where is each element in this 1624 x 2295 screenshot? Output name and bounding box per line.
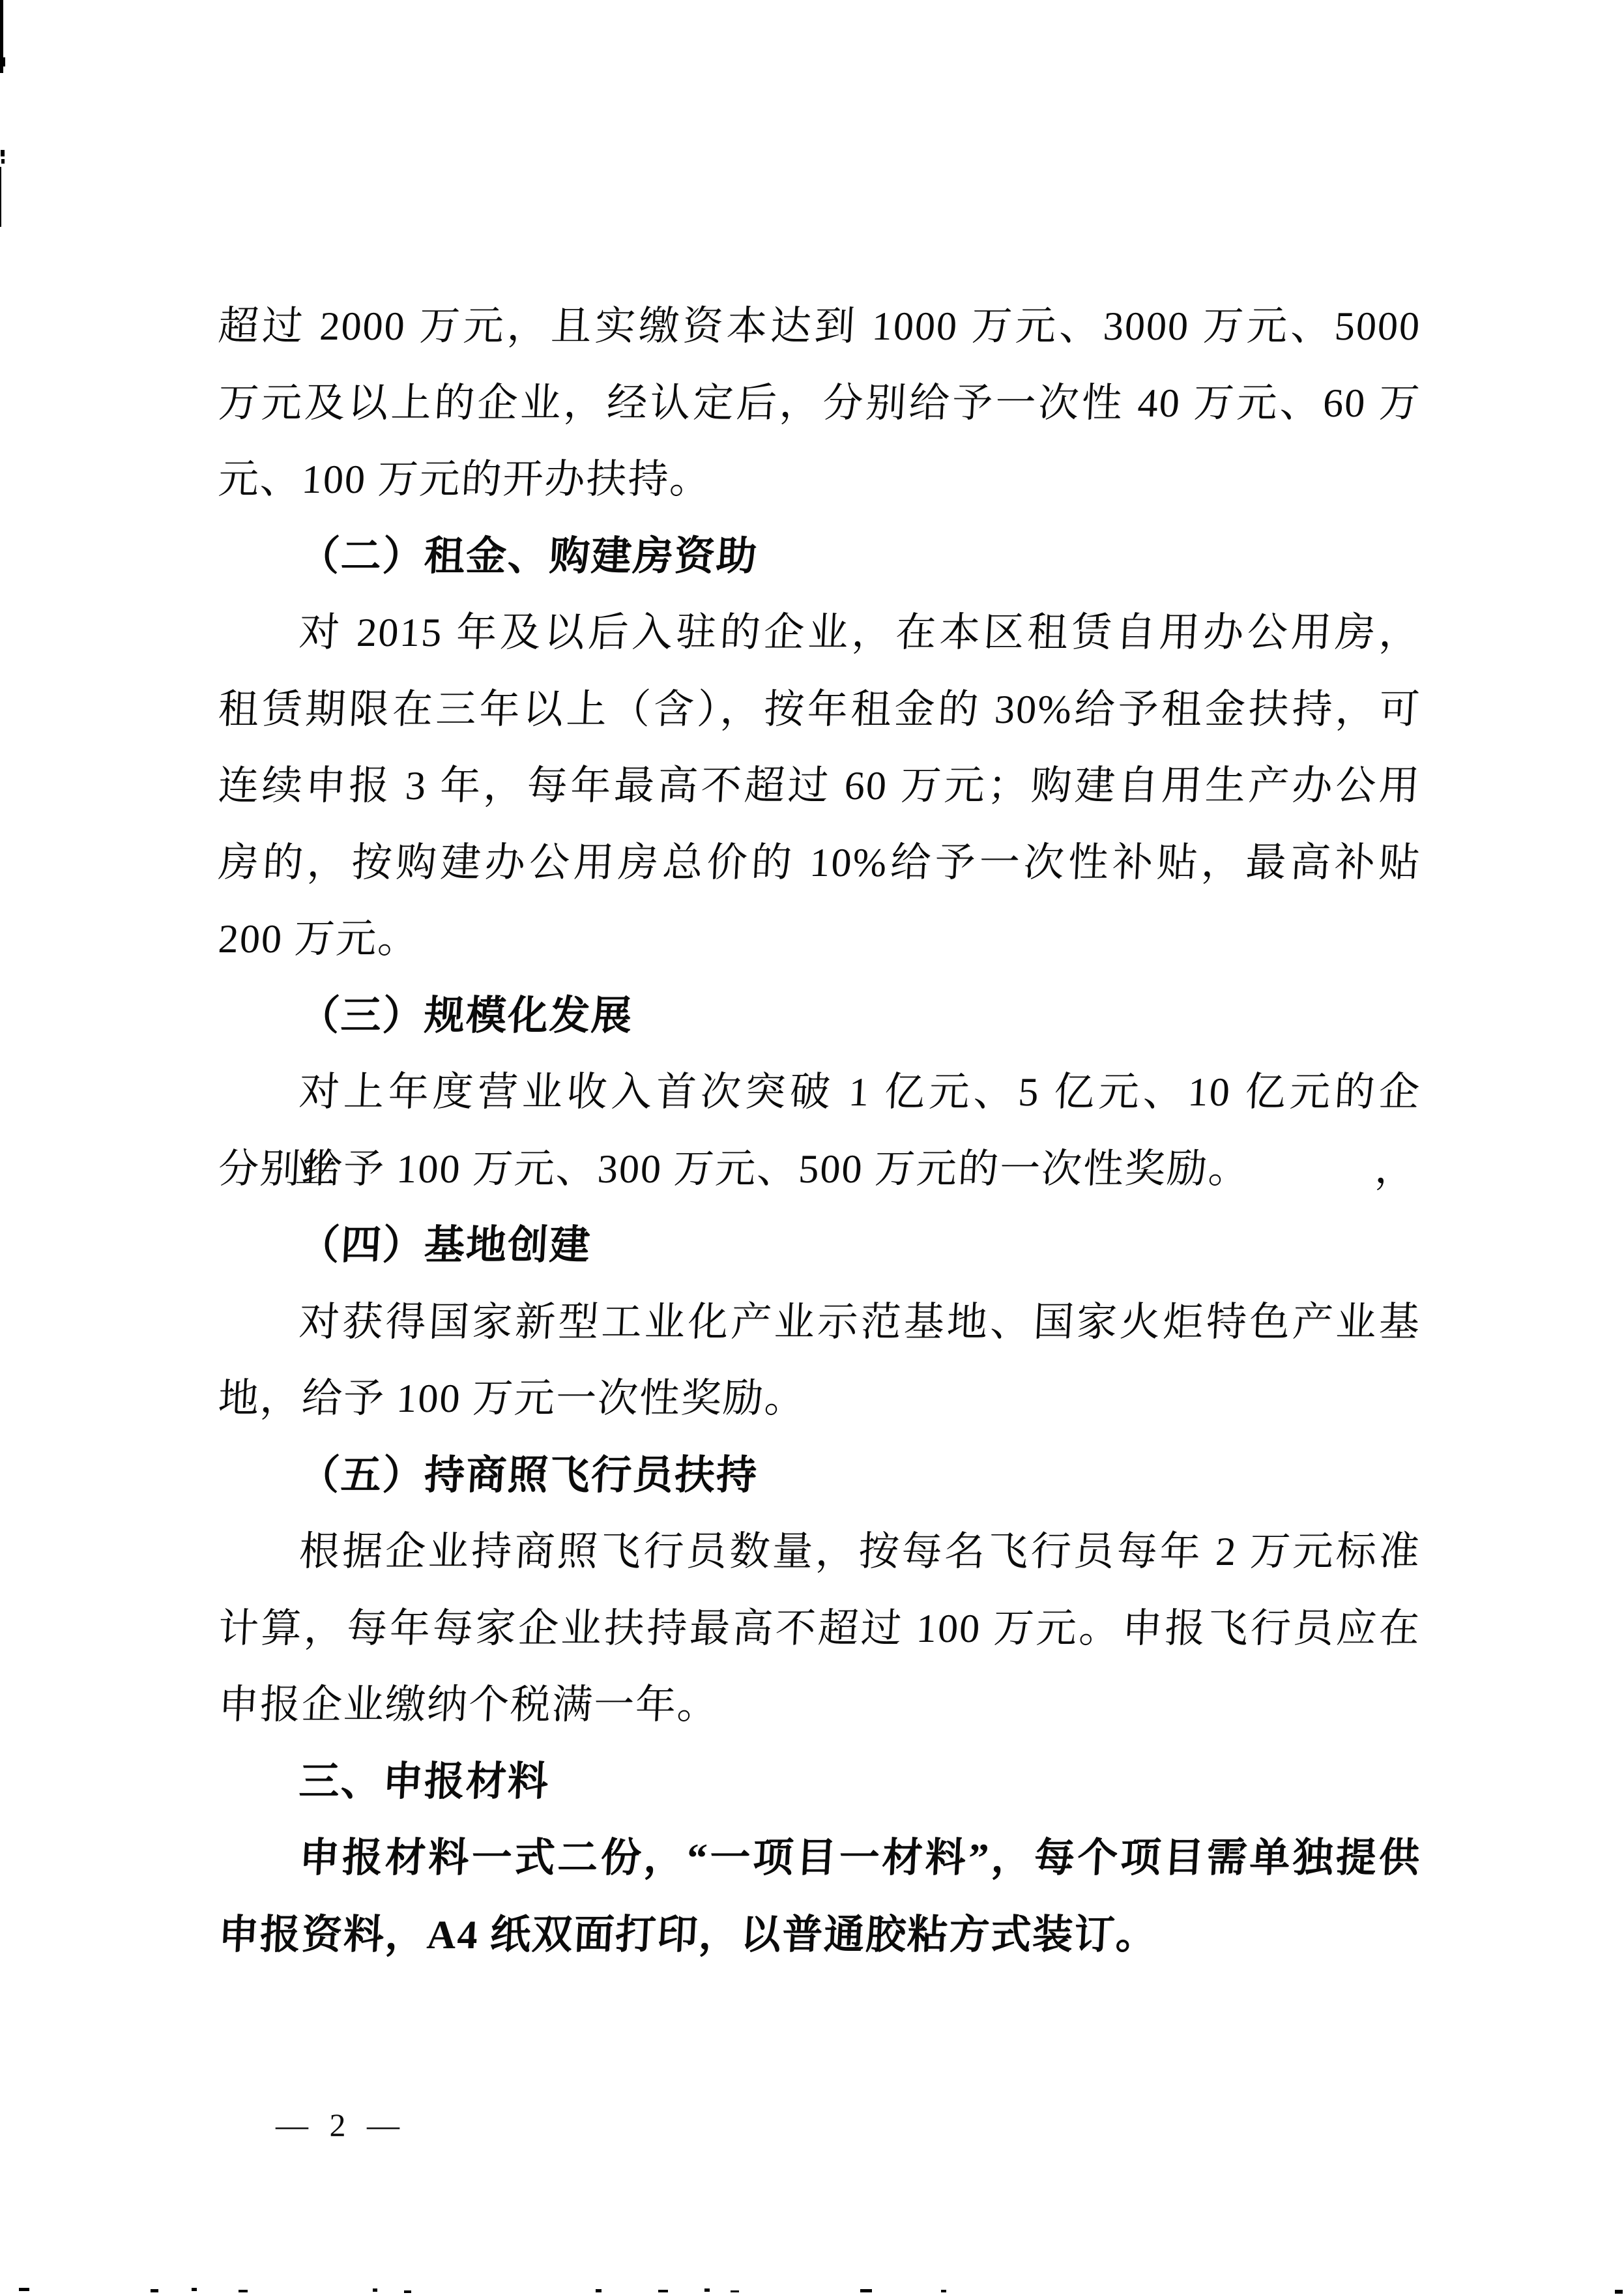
text-line: 超过 2000 万元，且实缴资本达到 1000 万元、3000 万元、5000 [216, 289, 1423, 366]
text-line: 对获得国家新型工业化产业示范基地、国家火炬特色产业基 [216, 1285, 1423, 1362]
text-line: （四）基地创建 [216, 1208, 1423, 1285]
document-page: 超过 2000 万元，且实缴资本达到 1000 万元、3000 万元、5000万… [0, 0, 1624, 2295]
text-line: 分别给予 100 万元、300 万元、500 万元的一次性奖励。 [216, 1132, 1423, 1208]
scan-artifact-bottom-9 [704, 2288, 710, 2292]
text-line: 根据企业持商照飞行员数量，按每名飞行员每年 2 万元标准 [216, 1514, 1423, 1591]
text-line: （三）规模化发展 [216, 978, 1423, 1055]
scan-artifact-bottom-5 [373, 2288, 377, 2292]
text-line: 申报企业缴纳个税满一年。 [216, 1667, 1423, 1744]
scan-artifact-left-dot-1 [1, 57, 5, 66]
text-block: 超过 2000 万元，且实缴资本达到 1000 万元、3000 万元、5000万… [218, 289, 1421, 1974]
scan-artifact-bottom-10 [731, 2290, 739, 2292]
scan-artifact-bottom-6 [404, 2290, 411, 2293]
scan-artifact-left-dot-2 [1, 150, 5, 156]
scan-artifact-bottom-13 [1615, 2290, 1623, 2294]
text-line: 地，给予 100 万元一次性奖励。 [216, 1361, 1423, 1438]
scan-artifact-bottom-12 [941, 2290, 946, 2292]
scan-artifact-bottom-4 [239, 2290, 248, 2292]
text-line: （二）租金、购建房资助 [216, 519, 1423, 596]
text-line: 房的，按购建办公用房总价的 10%给予一次性补贴，最高补贴 [216, 825, 1423, 902]
text-line: （五）持商照飞行员扶持 [216, 1438, 1423, 1515]
scan-artifact-bottom-1 [19, 2288, 29, 2291]
scan-artifact-left-line [0, 167, 1, 227]
scan-artifact-left-dot-3 [1, 159, 5, 164]
text-line: 对上年度营业收入首次突破 1 亿元、5 亿元、10 亿元的企业， [216, 1055, 1423, 1132]
scan-artifact-bottom-3 [192, 2288, 197, 2291]
text-line: 对 2015 年及以后入驻的企业，在本区租赁自用办公用房， [216, 595, 1423, 672]
text-line: 连续申报 3 年，每年最高不超过 60 万元；购建自用生产办公用 [216, 748, 1423, 825]
text-line: 申报资料，A4 纸双面打印，以普通胶粘方式装订。 [216, 1897, 1423, 1974]
text-line: 申报材料一式二份，“一项目一材料”，每个项目需单独提供 [216, 1820, 1423, 1897]
scan-artifact-bottom-7 [596, 2289, 602, 2292]
text-line: 计算，每年每家企业扶持最高不超过 100 万元。申报飞行员应在 [216, 1591, 1423, 1668]
scan-artifact-bottom-8 [658, 2290, 668, 2292]
text-line: 200 万元。 [216, 901, 1423, 978]
text-line: 元、100 万元的开办扶持。 [216, 442, 1423, 519]
scan-artifact-bottom-11 [860, 2289, 872, 2292]
text-line: 租赁期限在三年以上（含），按年租金的 30%给予租金扶持，可 [216, 672, 1423, 749]
text-line: 三、申报材料 [216, 1744, 1423, 1821]
page-number: — 2 — [276, 2104, 445, 2146]
scan-artifact-bottom-2 [151, 2289, 158, 2292]
text-line: 万元及以上的企业，经认定后，分别给予一次性 40 万元、60 万 [216, 366, 1423, 443]
